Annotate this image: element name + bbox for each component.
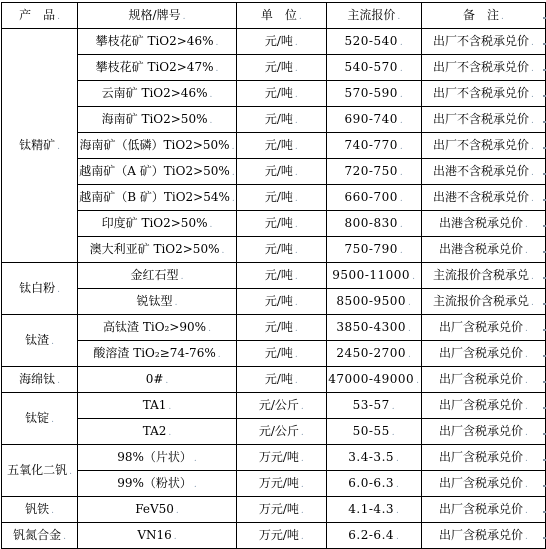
- table-row: 钒铁FeV50万元/吨4.1-4.3出厂含税承兑价: [2, 497, 546, 523]
- price-cell: 740-770: [326, 133, 421, 159]
- unit-cell: 元/吨: [236, 289, 326, 315]
- price-cell: 800-830: [326, 211, 421, 237]
- note-cell: 出厂不含税承兑价: [421, 29, 545, 55]
- unit-cell: 万元/吨: [236, 523, 326, 549]
- note-cell: 出港含税承兑价: [421, 211, 545, 237]
- note-cell: 出厂含税承兑价: [421, 315, 545, 341]
- spec-cell: 0#: [78, 367, 237, 393]
- price-cell: 3.4-3.5: [326, 445, 421, 471]
- table-row: 钛精矿攀枝花矿 TiO2>46%元/吨520-540出厂不含税承兑价: [2, 29, 546, 55]
- price-cell: 540-570: [326, 55, 421, 81]
- table-row: 99%（粉状）万元/吨6.0-6.3出厂含税承兑价: [2, 471, 546, 497]
- unit-cell: 元/吨: [236, 263, 326, 289]
- unit-cell: 元/吨: [236, 81, 326, 107]
- unit-cell: 元/吨: [236, 159, 326, 185]
- unit-cell: 元/吨: [236, 107, 326, 133]
- spec-cell: TA1: [78, 393, 237, 419]
- spec-cell: 海南矿 TiO2>50%: [78, 107, 237, 133]
- table-row: 锐钛型元/吨8500-9500主流报价含税承兑: [2, 289, 546, 315]
- price-cell: 8500-9500: [326, 289, 421, 315]
- price-cell: 720-750: [326, 159, 421, 185]
- header-product: 产 品: [2, 3, 78, 29]
- unit-cell: 元/吨: [236, 237, 326, 263]
- unit-cell: 元/吨: [236, 315, 326, 341]
- note-cell: 出厂含税承兑价: [421, 445, 545, 471]
- price-cell: 660-700: [326, 185, 421, 211]
- note-cell: 出厂含税承兑价: [421, 393, 545, 419]
- price-table-page: 产 品 规格/牌号 单 位 主流报价 备 注 钛精矿攀枝花矿 TiO2>46%元…: [0, 0, 546, 548]
- note-cell: 出厂含税承兑价: [421, 419, 545, 445]
- unit-cell: 元/公斤: [236, 393, 326, 419]
- price-cell: 570-590: [326, 81, 421, 107]
- spec-cell: 海南矿（低磷）TiO2>50%: [78, 133, 237, 159]
- unit-cell: 元/吨: [236, 55, 326, 81]
- product-cell: 钛渣: [2, 315, 78, 367]
- table-body: 钛精矿攀枝花矿 TiO2>46%元/吨520-540出厂不含税承兑价攀枝花矿 T…: [2, 29, 546, 549]
- spec-cell: 攀枝花矿 TiO2>46%: [78, 29, 237, 55]
- price-cell: 2450-2700: [326, 341, 421, 367]
- unit-cell: 元/吨: [236, 133, 326, 159]
- price-cell: 50-55: [326, 419, 421, 445]
- price-table: 产 品 规格/牌号 单 位 主流报价 备 注 钛精矿攀枝花矿 TiO2>46%元…: [1, 2, 546, 548]
- note-cell: 出厂不含税承兑价: [421, 107, 545, 133]
- price-cell: 53-57: [326, 393, 421, 419]
- spec-cell: 酸溶渣 TiO₂≥74-76%: [78, 341, 237, 367]
- spec-cell: 高钛渣 TiO₂>90%: [78, 315, 237, 341]
- note-cell: 出厂不含税承兑价: [421, 133, 545, 159]
- unit-cell: 万元/吨: [236, 445, 326, 471]
- spec-cell: 云南矿 TiO2>46%: [78, 81, 237, 107]
- unit-cell: 元/吨: [236, 29, 326, 55]
- note-cell: 出厂不含税承兑价: [421, 81, 545, 107]
- product-cell: 钒氮合金: [2, 523, 78, 549]
- table-row: 海南矿 TiO2>50%元/吨690-740出厂不含税承兑价: [2, 107, 546, 133]
- product-cell: 五氧化二钒: [2, 445, 78, 497]
- note-cell: 出厂含税承兑价: [421, 523, 545, 549]
- table-row: 印度矿 TiO2>50%元/吨800-830出港含税承兑价: [2, 211, 546, 237]
- spec-cell: 金红石型: [78, 263, 237, 289]
- spec-cell: 锐钛型: [78, 289, 237, 315]
- table-row: 越南矿（A 矿）TiO2>50%元/吨720-750出港不含税承兑价: [2, 159, 546, 185]
- table-row: 越南矿（B 矿）TiO2>54%元/吨660-700出港不含税承兑价: [2, 185, 546, 211]
- price-cell: 9500-11000: [326, 263, 421, 289]
- unit-cell: 元/吨: [236, 341, 326, 367]
- header-row: 产 品 规格/牌号 单 位 主流报价 备 注: [2, 3, 546, 29]
- product-cell: 钛精矿: [2, 29, 78, 263]
- spec-cell: 攀枝花矿 TiO2>47%: [78, 55, 237, 81]
- spec-cell: 澳大利亚矿 TiO2>50%: [78, 237, 237, 263]
- table-row: 钛锭TA1元/公斤53-57出厂含税承兑价: [2, 393, 546, 419]
- table-row: 海绵钛0#元/吨47000-49000出厂含税承兑价: [2, 367, 546, 393]
- header-unit: 单 位: [236, 3, 326, 29]
- note-cell: 出厂含税承兑价: [421, 471, 545, 497]
- price-cell: 6.0-6.3: [326, 471, 421, 497]
- note-cell: 出厂含税承兑价: [421, 341, 545, 367]
- table-row: 五氧化二钒98%（片状）万元/吨3.4-3.5出厂含税承兑价: [2, 445, 546, 471]
- table-row: 钛渣高钛渣 TiO₂>90%元/吨3850-4300出厂含税承兑价: [2, 315, 546, 341]
- table-row: 澳大利亚矿 TiO2>50%元/吨750-790出港含税承兑价: [2, 237, 546, 263]
- spec-cell: 98%（片状）: [78, 445, 237, 471]
- header-spec: 规格/牌号: [78, 3, 237, 29]
- table-row: TA2元/公斤50-55出厂含税承兑价: [2, 419, 546, 445]
- price-cell: 6.2-6.4: [326, 523, 421, 549]
- table-row: 钒氮合金VN16万元/吨6.2-6.4出厂含税承兑价: [2, 523, 546, 549]
- spec-cell: TA2: [78, 419, 237, 445]
- price-cell: 4.1-4.3: [326, 497, 421, 523]
- unit-cell: 元/公斤: [236, 419, 326, 445]
- note-cell: 主流报价含税承兑: [421, 289, 545, 315]
- note-cell: 主流报价含税承兑: [421, 263, 545, 289]
- product-cell: 海绵钛: [2, 367, 78, 393]
- table-row: 酸溶渣 TiO₂≥74-76%元/吨2450-2700出厂含税承兑价: [2, 341, 546, 367]
- header-price: 主流报价: [326, 3, 421, 29]
- spec-cell: 越南矿（B 矿）TiO2>54%: [78, 185, 237, 211]
- table-row: 云南矿 TiO2>46%元/吨570-590出厂不含税承兑价: [2, 81, 546, 107]
- table-row: 钛白粉金红石型元/吨9500-11000主流报价含税承兑: [2, 263, 546, 289]
- header-note: 备 注: [421, 3, 545, 29]
- spec-cell: 99%（粉状）: [78, 471, 237, 497]
- product-cell: 钛白粉: [2, 263, 78, 315]
- note-cell: 出港不含税承兑价: [421, 185, 545, 211]
- spec-cell: FeV50: [78, 497, 237, 523]
- unit-cell: 万元/吨: [236, 497, 326, 523]
- spec-cell: 越南矿（A 矿）TiO2>50%: [78, 159, 237, 185]
- unit-cell: 元/吨: [236, 185, 326, 211]
- product-cell: 钛锭: [2, 393, 78, 445]
- note-cell: 出港含税承兑价: [421, 237, 545, 263]
- table-row: 海南矿（低磷）TiO2>50%元/吨740-770出厂不含税承兑价: [2, 133, 546, 159]
- note-cell: 出厂不含税承兑价: [421, 55, 545, 81]
- price-cell: 520-540: [326, 29, 421, 55]
- price-cell: 690-740: [326, 107, 421, 133]
- table-row: 攀枝花矿 TiO2>47%元/吨540-570出厂不含税承兑价: [2, 55, 546, 81]
- note-cell: 出厂含税承兑价: [421, 497, 545, 523]
- spec-cell: 印度矿 TiO2>50%: [78, 211, 237, 237]
- unit-cell: 万元/吨: [236, 471, 326, 497]
- product-cell: 钒铁: [2, 497, 78, 523]
- unit-cell: 元/吨: [236, 211, 326, 237]
- note-cell: 出厂含税承兑价: [421, 367, 545, 393]
- price-cell: 750-790: [326, 237, 421, 263]
- spec-cell: VN16: [78, 523, 237, 549]
- note-cell: 出港不含税承兑价: [421, 159, 545, 185]
- price-cell: 47000-49000: [326, 367, 421, 393]
- unit-cell: 元/吨: [236, 367, 326, 393]
- price-cell: 3850-4300: [326, 315, 421, 341]
